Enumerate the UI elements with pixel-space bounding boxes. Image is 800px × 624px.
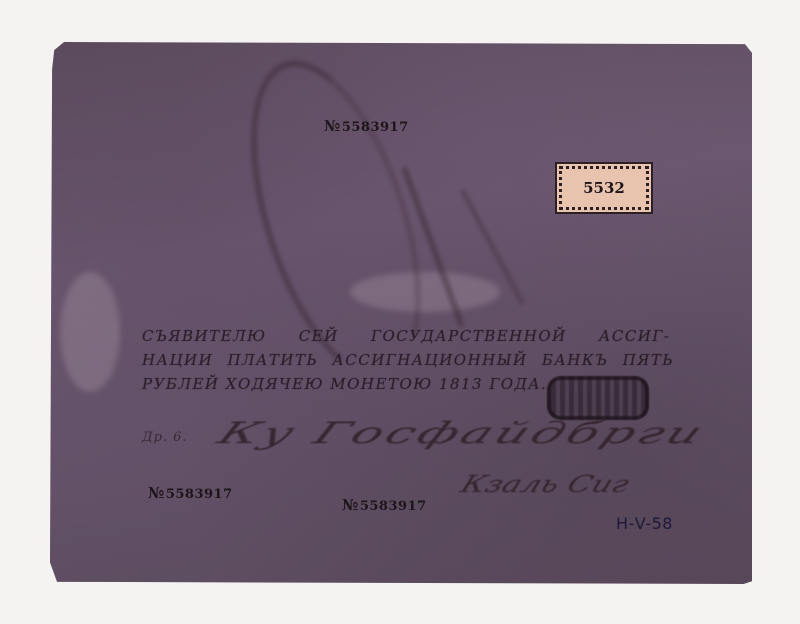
serial-value: 5583917: [342, 120, 409, 135]
banknote: №5583917 5532 Съявителю сей государствен…: [50, 42, 752, 584]
handwritten-annotation: Н-V-58: [616, 514, 673, 533]
serial-number-top: №5583917: [324, 117, 409, 135]
ink-stamp: [547, 376, 649, 420]
serial-number-bottom-left: №5583917: [148, 484, 233, 502]
number-box: 5532: [555, 162, 653, 214]
paper-wear: [60, 272, 120, 392]
serial-value: 5583917: [360, 499, 427, 514]
number-sign: №: [324, 117, 341, 135]
signature-first: Ку Госфайдбрги: [212, 416, 712, 451]
signature-second: Кзаль Сиг: [457, 470, 633, 498]
main-text-line: нации платить ассигнационный банкъ пять: [142, 348, 662, 372]
serial-number-bottom-middle: №5583917: [342, 496, 427, 514]
number-box-value: 5532: [583, 179, 625, 197]
main-text-line: Съявителю сей государственной ассиг-: [142, 324, 662, 348]
label-dr: Др. 6.: [142, 430, 188, 445]
number-sign: №: [148, 484, 165, 502]
number-sign: №: [342, 496, 359, 514]
serial-value: 5583917: [166, 487, 233, 502]
